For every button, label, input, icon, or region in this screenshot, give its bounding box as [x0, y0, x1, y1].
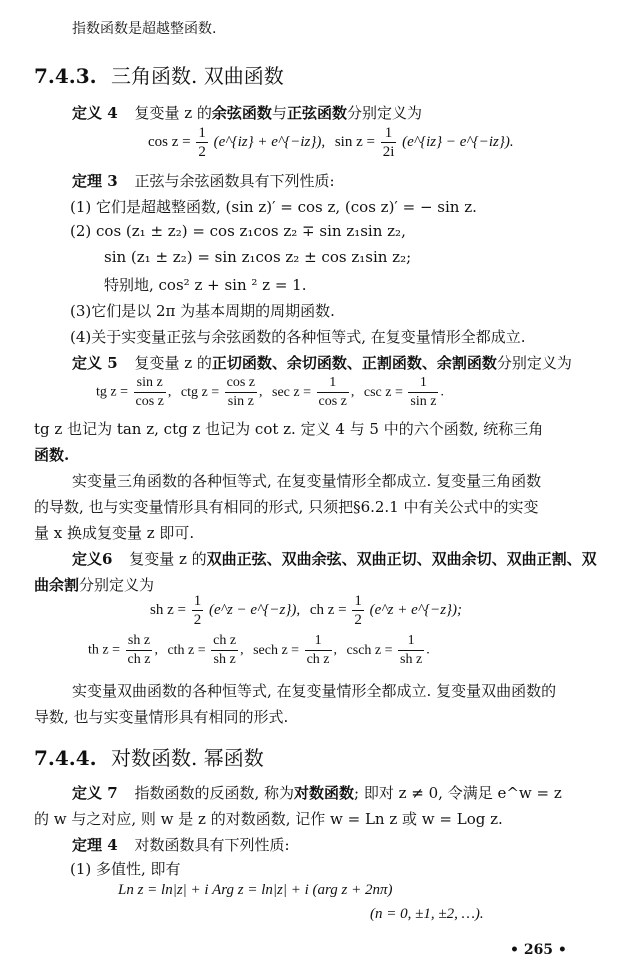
def-label: 定义6: [72, 550, 112, 568]
numerator: 1: [196, 124, 208, 143]
fraction: 12: [196, 124, 208, 161]
definition-4: 定义 4 复变量 z 的余弦函数与正弦函数分别定义为: [72, 102, 422, 123]
def5-note-line1: tg z 也记为 tan z, ctg z 也记为 cot z. 定义 4 与 …: [34, 418, 543, 439]
theorem-label: 定理 4: [72, 836, 118, 854]
fraction: 1cos z: [317, 374, 349, 411]
formula-part: sech z =: [253, 643, 299, 658]
para-trig-line2: 的导数, 也与实变量情形具有相同的形式, 只须把§6.2.1 中有关公式中的实变: [34, 496, 539, 517]
formula-part: (e^{iz} − e^{−iz}).: [402, 134, 513, 150]
term: 正切函数、余切函数、正割函数、余割函数: [212, 354, 497, 372]
fraction: ch zsh z: [211, 632, 238, 669]
fraction: 1sh z: [398, 632, 424, 669]
property-4: (4)关于实变量正弦与余弦函数的各种恒等式, 在复变量情形全都成立.: [70, 326, 526, 347]
theorem-label: 定理 3: [72, 172, 118, 190]
def-label: 定义 7: [72, 784, 118, 802]
def-label: 定义 5: [72, 354, 118, 372]
numerator: sin z: [134, 374, 166, 393]
formula-ln: Ln z = ln|z| + i Arg z = ln|z| + i (arg …: [118, 882, 393, 899]
formula-sh-ch: sh z = 12 (e^z − e^{−z}), ch z = 12 (e^z…: [150, 592, 462, 629]
fraction: 1ch z: [305, 632, 332, 669]
theorem-intro: 对数函数具有下列性质:: [134, 836, 289, 854]
denominator: sh z: [211, 651, 238, 669]
formula-part: cth z =: [167, 643, 205, 658]
definition-6: 定义6 复变量 z 的双曲正弦、双曲余弦、双曲正切、双曲余切、双曲正割、双: [72, 548, 597, 569]
denominator: ch z: [126, 651, 153, 669]
def-text: 分别定义为: [79, 576, 154, 594]
numerator: sh z: [126, 632, 153, 651]
fraction: sh zch z: [126, 632, 153, 669]
formula-part: cos z =: [148, 134, 191, 150]
def-text: ; 即对 z ≠ 0, 令满足 e^w = z: [354, 784, 562, 802]
numerator: 1: [192, 592, 204, 611]
def-text: 指数函数的反函数, 称为: [134, 784, 294, 802]
formula-part: sin z =: [335, 134, 375, 150]
denominator: sin z: [408, 393, 438, 411]
definition-6-cont: 曲余割分别定义为: [34, 574, 154, 595]
formula-part: th z =: [88, 643, 120, 658]
formula-part: ch z =: [310, 602, 347, 618]
def-text: 复变量 z 的: [134, 104, 211, 122]
formula-part: (e^{iz} + e^{−iz}),: [214, 134, 325, 150]
term: 正弦函数: [287, 104, 347, 122]
formula-part: ctg z =: [181, 385, 219, 400]
numerator: 1: [305, 632, 332, 651]
def-text: 复变量 z 的: [134, 354, 211, 372]
def-text: 分别定义为: [497, 354, 572, 372]
top-line: 指数函数是超越整函数.: [72, 18, 216, 38]
formula-part: csch z =: [347, 643, 393, 658]
formula-ln-range: (n = 0, ±1, ±2, …).: [370, 906, 484, 923]
denominator: cos z: [134, 393, 166, 411]
para-hyp-line1: 实变量双曲函数的各种恒等式, 在复变量情形全都成立. 复变量双曲函数的: [72, 680, 556, 701]
denominator: sin z: [225, 393, 257, 411]
fraction: 12: [352, 592, 364, 629]
section-number: 7.4.4.: [34, 746, 97, 770]
formula-tg-ctg-sec-csc: tg z = sin zcos z, ctg z = cos zsin z, s…: [96, 374, 444, 411]
theorem-3: 定理 3 正弦与余弦函数具有下列性质:: [72, 170, 335, 191]
denominator: 2: [352, 611, 364, 629]
theorem-4: 定理 4 对数函数具有下列性质:: [72, 834, 290, 855]
para-hyp-line2: 导数, 也与实变量情形具有相同的形式.: [34, 706, 288, 727]
theorem-intro: 正弦与余弦函数具有下列性质:: [134, 172, 334, 190]
def-label: 定义 4: [72, 104, 118, 122]
para-trig-line3: 量 x 换成复变量 z 即可.: [34, 522, 194, 543]
definition-5: 定义 5 复变量 z 的正切函数、余切函数、正割函数、余割函数分别定义为: [72, 352, 572, 373]
formula-th-cth-sech-csch: th z = sh zch z, cth z = ch zsh z, sech …: [88, 632, 430, 669]
denominator: sh z: [398, 651, 424, 669]
numerator: ch z: [211, 632, 238, 651]
thm4-property-1: (1) 多值性, 即有: [70, 858, 181, 879]
term: 余弦函数: [212, 104, 272, 122]
numerator: cos z: [225, 374, 257, 393]
term: 曲余割: [34, 576, 79, 594]
denominator: 2: [192, 611, 204, 629]
property-3: (3)它们是以 2π 为基本周期的周期函数.: [70, 300, 335, 321]
numerator: 1: [408, 374, 438, 393]
formula-part: (e^z + e^{−z});: [370, 602, 462, 618]
para-trig-line1: 实变量三角函数的各种恒等式, 在复变量情形全都成立. 复变量三角函数: [72, 470, 541, 491]
formula-part: tg z =: [96, 385, 128, 400]
numerator: 1: [398, 632, 424, 651]
section-title: 对数函数. 幂函数: [111, 746, 264, 770]
denominator: cos z: [317, 393, 349, 411]
def5-note-line2: 函数.: [34, 444, 69, 465]
formula-cos-sin: cos z = 12 (e^{iz} + e^{−iz}), sin z = 1…: [148, 124, 514, 161]
term: 对数函数: [294, 784, 354, 802]
fraction: sin zcos z: [134, 374, 166, 411]
property-2b: sin (z₁ ± z₂) = sin z₁cos z₂ ± cos z₁sin…: [104, 248, 411, 266]
fraction: cos zsin z: [225, 374, 257, 411]
section-title: 三角函数. 双曲函数: [111, 64, 284, 88]
section-heading-7-4-3: 7.4.3. 三角函数. 双曲函数: [34, 60, 284, 89]
fraction: 1sin z: [408, 374, 438, 411]
definition-7-line2: 的 w 与之对应, 则 w 是 z 的对数函数, 记作 w = Ln z 或 w…: [34, 808, 503, 829]
fraction: 12i: [381, 124, 397, 161]
formula-part: sh z =: [150, 602, 186, 618]
denominator: 2: [196, 143, 208, 161]
formula-part: sec z =: [272, 385, 311, 400]
def-text: 分别定义为: [347, 104, 422, 122]
fraction: 12: [192, 592, 204, 629]
numerator: 1: [352, 592, 364, 611]
numerator: 1: [381, 124, 397, 143]
numerator: 1: [317, 374, 349, 393]
property-2c: 特别地, cos² z + sin ² z = 1.: [104, 274, 306, 295]
property-2a: (2) cos (z₁ ± z₂) = cos z₁cos z₂ ∓ sin z…: [70, 222, 406, 240]
page-number: • 265 •: [510, 942, 567, 958]
formula-part: (e^z − e^{−z}),: [209, 602, 300, 618]
denominator: 2i: [381, 143, 397, 161]
def-text: 复变量 z 的: [129, 550, 206, 568]
term: 双曲正弦、双曲余弦、双曲正切、双曲余切、双曲正割、双: [207, 550, 597, 568]
section-number: 7.4.3.: [34, 64, 97, 88]
section-heading-7-4-4: 7.4.4. 对数函数. 幂函数: [34, 742, 264, 771]
property-1: (1) 它们是超越整函数, (sin z)′ = cos z, (cos z)′…: [70, 196, 477, 217]
denominator: ch z: [305, 651, 332, 669]
def-text: 与: [272, 104, 287, 122]
definition-7: 定义 7 指数函数的反函数, 称为对数函数; 即对 z ≠ 0, 令满足 e^w…: [72, 782, 562, 803]
formula-part: csc z =: [364, 385, 403, 400]
